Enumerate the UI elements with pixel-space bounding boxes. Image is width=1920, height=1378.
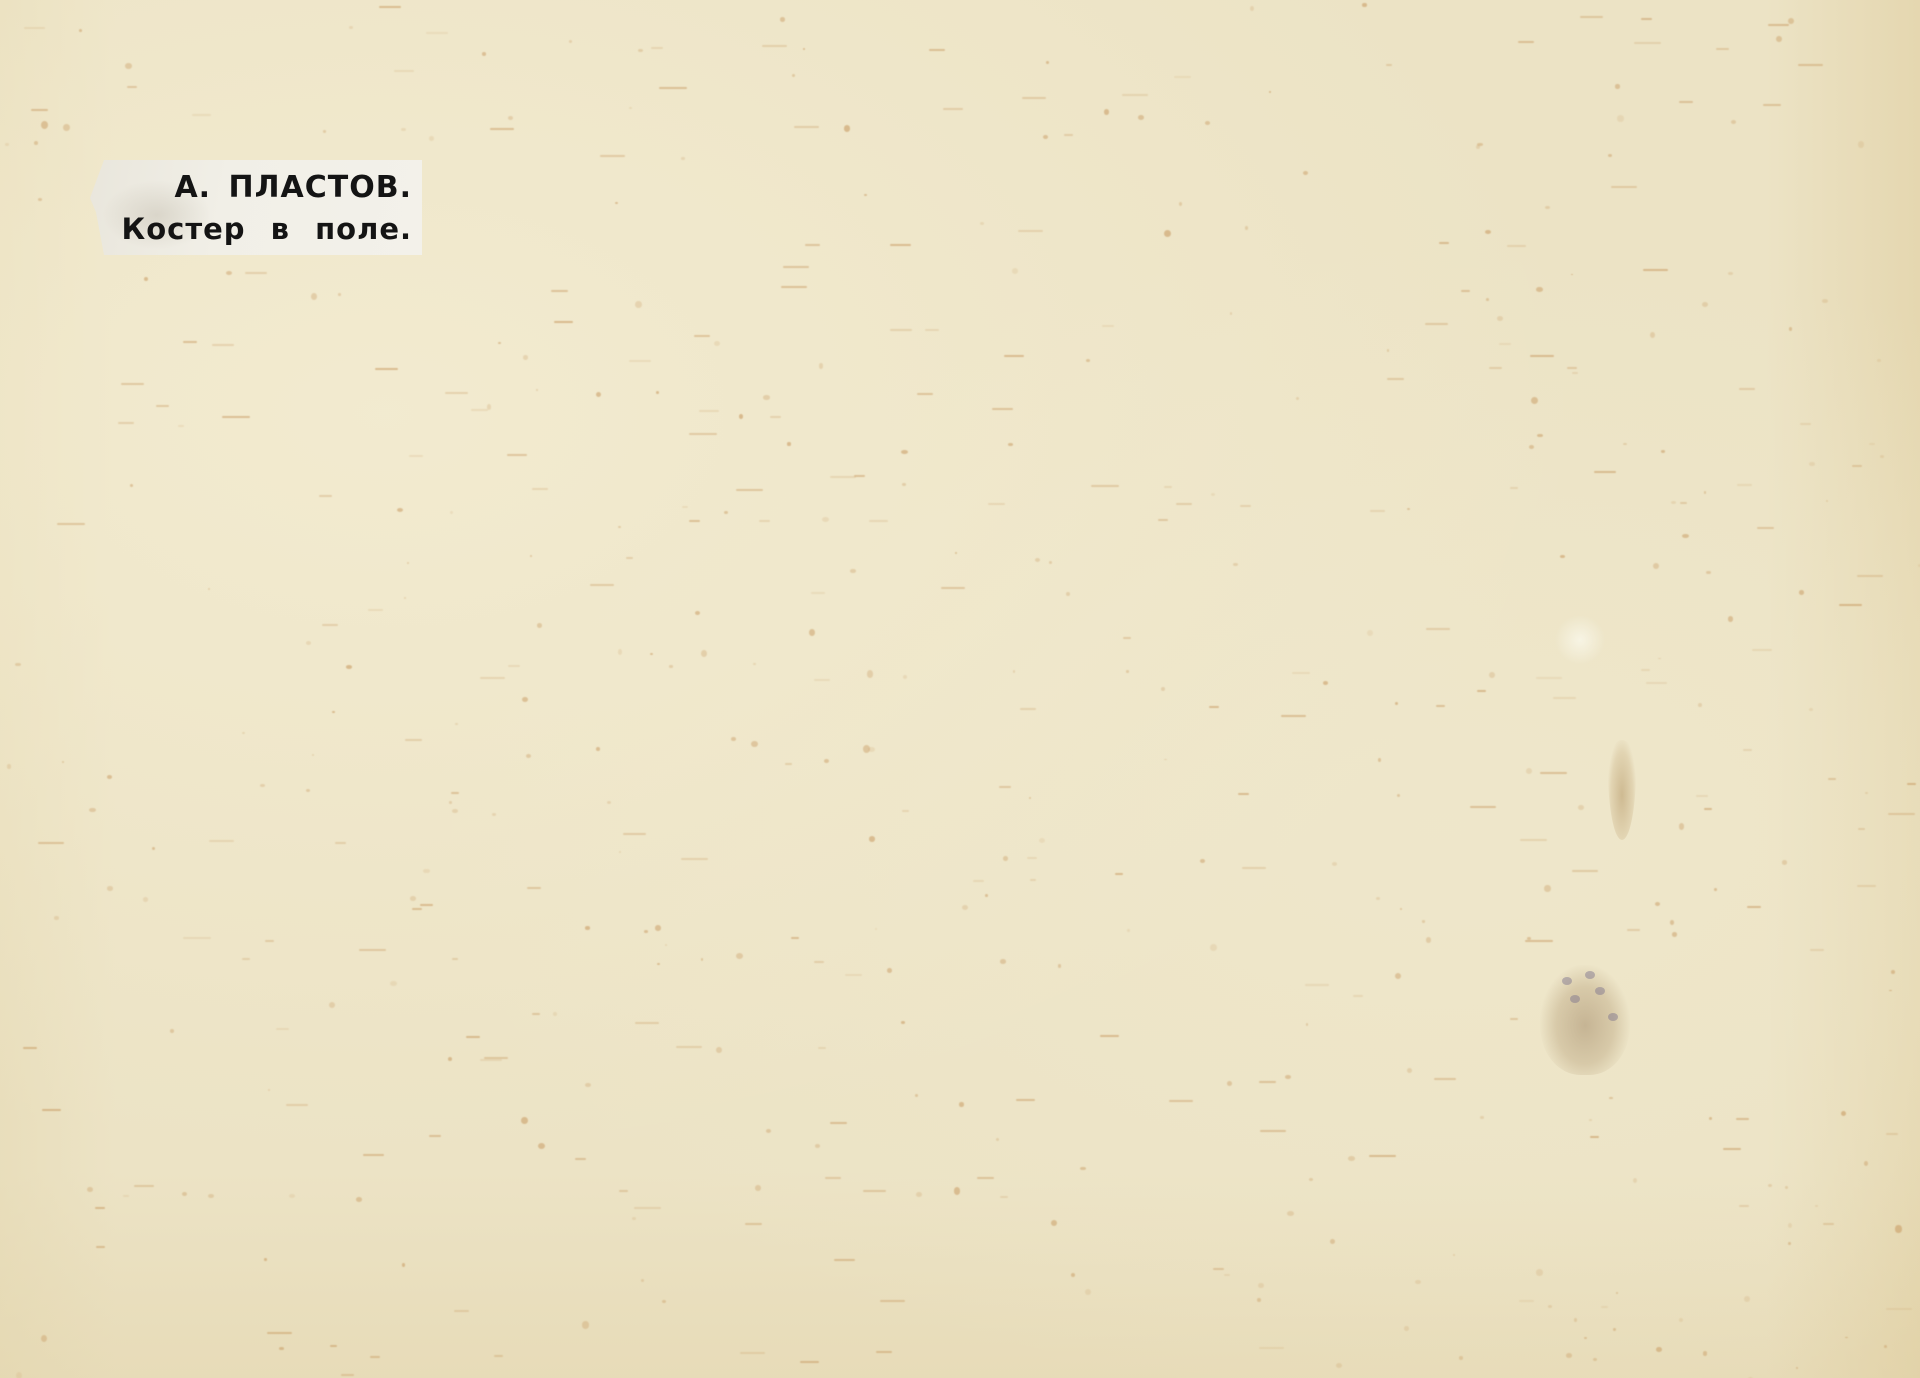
foxing-speck [1739,388,1756,390]
foxing-speck [1477,690,1486,692]
foxing-speck [182,1192,187,1196]
foxing-speck [682,506,688,508]
foxing-speck [1895,1225,1901,1232]
foxing-speck [1728,616,1733,622]
foxing-speck [183,341,197,343]
foxing-speck [1158,519,1168,521]
foxing-speck [1709,1117,1712,1120]
foxing-speck [1768,1184,1772,1187]
foxing-speck [787,442,790,445]
foxing-speck [341,1374,354,1376]
foxing-speck [452,809,457,813]
foxing-speck [1242,867,1266,869]
foxing-speck [42,1109,61,1111]
foxing-speck [429,136,435,141]
foxing-speck [338,293,341,295]
foxing-speck [1889,990,1891,992]
foxing-speck [739,414,743,418]
foxing-speck [1387,378,1404,380]
foxing-speck [1348,1156,1355,1160]
foxing-speck [1174,76,1191,78]
foxing-speck [650,653,653,655]
foxing-speck [429,1135,441,1137]
foxing-speck [1519,1300,1534,1302]
foxing-speck [1507,245,1526,247]
foxing-speck [130,484,133,487]
foxing-speck [375,368,398,370]
foxing-speck [753,663,756,666]
foxing-speck [635,301,641,308]
foxing-speck [1485,230,1490,234]
foxing-speck [482,52,486,55]
foxing-speck [916,1192,922,1197]
foxing-speck [1071,1273,1075,1277]
foxing-speck [1857,885,1876,887]
foxing-speck [394,70,414,72]
foxing-speck [1763,104,1782,106]
foxing-speck [1415,1280,1420,1284]
blot-stain [1540,965,1630,1075]
foxing-speck [1362,3,1367,8]
foxing-speck [1643,269,1668,271]
foxing-speck [1260,1130,1286,1132]
foxing-speck [1869,443,1876,445]
foxing-speck [1520,839,1547,841]
foxing-speck [1782,860,1788,864]
foxing-speck [1531,397,1538,404]
foxing-speck [1799,590,1804,595]
foxing-speck [811,592,825,594]
foxing-speck [379,6,401,8]
foxing-speck [694,335,709,337]
foxing-speck [619,1190,628,1192]
foxing-speck [286,1104,309,1106]
foxing-speck [1679,1318,1683,1322]
foxing-speck [330,1345,337,1347]
foxing-speck [1886,1308,1912,1310]
foxing-speck [1459,1356,1463,1359]
foxing-speck [1209,706,1219,708]
foxing-speck [487,404,492,410]
foxing-speck [1548,1305,1552,1308]
foxing-speck [1370,510,1385,512]
foxing-speck [1126,670,1129,672]
foxing-speck [38,842,64,844]
foxing-speck [368,609,383,611]
foxing-speck [980,222,984,225]
foxing-speck [695,611,700,615]
foxing-speck [329,1002,335,1008]
foxing-speck [901,1021,905,1024]
foxing-speck [1422,920,1426,922]
foxing-speck [451,792,459,794]
foxing-speck [1211,493,1215,496]
foxing-speck [1012,268,1018,274]
foxing-speck [1723,1148,1741,1150]
foxing-speck [1731,120,1736,124]
foxing-speck [554,321,574,323]
foxing-speck [1122,94,1148,96]
foxing-speck [1544,885,1550,892]
foxing-speck [1426,937,1431,943]
foxing-speck [1646,682,1667,684]
foxing-speck [356,1197,362,1202]
foxing-speck [536,389,538,390]
foxing-speck [390,981,397,986]
foxing-speck [996,1138,999,1141]
foxing-speck [1609,1097,1613,1100]
foxing-speck [1823,1223,1835,1225]
foxing-speck [1369,1155,1395,1157]
foxing-speck [1670,920,1674,925]
foxing-speck [523,355,528,360]
foxing-speck [57,523,84,525]
foxing-speck [121,383,144,385]
foxing-speck [1387,349,1390,352]
foxing-speck [1296,397,1299,400]
stain-speck [1570,995,1580,1003]
foxing-speck [346,665,351,668]
foxing-speck [1798,64,1824,66]
foxing-speck [629,107,632,110]
foxing-speck [484,1057,508,1059]
foxing-speck [1815,1205,1818,1207]
foxing-speck [1716,48,1729,50]
foxing-speck [471,409,489,411]
foxing-speck [1809,462,1814,466]
foxing-speck [402,1263,405,1267]
foxing-speck [596,392,601,397]
foxing-speck [1281,715,1306,717]
foxing-speck [1566,1353,1573,1358]
foxing-speck [405,739,422,741]
stain-speck [1562,977,1572,985]
label-title: Костер в поле. [122,212,412,246]
foxing-speck [701,650,708,658]
foxing-speck [1650,332,1655,338]
foxing-speck [222,416,250,418]
foxing-speck [1049,561,1052,564]
foxing-speck [466,1036,480,1038]
foxing-speck [1022,97,1047,99]
foxing-speck [809,629,815,636]
foxing-speck [63,124,70,131]
foxing-speck [1728,272,1732,275]
foxing-speck [54,916,59,919]
foxing-speck [1590,1136,1599,1138]
foxing-speck [409,455,423,457]
foxing-speck [1240,505,1251,507]
foxing-speck [1027,857,1037,859]
foxing-speck [618,649,623,655]
foxing-speck [1888,813,1915,815]
foxing-speck [736,489,763,491]
foxing-speck [762,45,787,47]
foxing-speck [370,1356,379,1358]
stain-speck [1608,1013,1618,1021]
foxing-speck [902,483,905,486]
foxing-speck [1051,1220,1057,1226]
foxing-speck [306,789,310,792]
foxing-speck [156,405,169,407]
foxing-speck [999,786,1010,788]
foxing-speck [1698,703,1702,707]
foxing-speck [644,930,648,933]
foxing-speck [1739,1205,1750,1207]
foxing-speck [815,1144,821,1148]
foxing-speck [623,833,646,835]
foxing-speck [96,1246,105,1248]
foxing-speck [1066,592,1070,597]
foxing-speck [426,32,448,34]
foxing-speck [1085,1289,1091,1295]
foxing-speck [635,1022,659,1024]
foxing-speck [349,26,352,29]
foxing-speck [1615,84,1619,88]
foxing-speck [323,130,326,132]
foxing-speck [1536,287,1542,292]
stain-speck [1595,987,1605,995]
foxing-speck [955,552,957,554]
foxing-speck [87,1187,93,1193]
foxing-speck [1580,16,1603,18]
foxing-speck [1259,1347,1285,1349]
foxing-speck [1499,343,1511,345]
foxing-speck [264,1258,267,1261]
foxing-speck [792,74,795,77]
foxing-speck [1584,1337,1587,1339]
foxing-speck [1102,325,1114,327]
foxing-speck [1395,973,1401,979]
foxing-speck [814,961,824,963]
foxing-speck [404,597,407,599]
foxing-speck [1572,870,1598,872]
foxing-speck [1672,932,1677,936]
foxing-speck [1470,806,1496,808]
foxing-speck [656,391,659,394]
foxing-speck [959,1102,963,1107]
foxing-speck [824,759,829,764]
foxing-speck [1634,42,1661,44]
foxing-speck [714,341,719,346]
foxing-speck [508,665,520,667]
foxing-speck [1907,783,1916,785]
foxing-speck [1404,1326,1409,1332]
foxing-speck [144,277,148,281]
foxing-speck [1269,91,1272,93]
foxing-speck [1510,487,1518,489]
foxing-speck [412,908,422,910]
foxing-speck [850,569,855,573]
foxing-speck [973,880,984,882]
foxing-speck [985,894,988,897]
foxing-speck [306,641,311,645]
foxing-speck [759,520,771,522]
foxing-speck [1200,859,1205,863]
foxing-speck [1641,669,1650,671]
foxing-speck [79,29,82,32]
foxing-speck [791,937,799,939]
foxing-speck [681,157,684,161]
foxing-speck [689,520,700,522]
foxing-speck [1553,697,1576,699]
foxing-speck [1043,135,1048,139]
foxing-speck [480,1059,503,1061]
foxing-speck [490,128,514,130]
foxing-speck [626,557,633,559]
foxing-speck [1567,367,1578,369]
foxing-speck [1104,109,1109,115]
foxing-speck [1679,823,1684,829]
foxing-speck [31,109,48,111]
foxing-speck [5,143,9,147]
foxing-speck [1164,230,1171,237]
foxing-speck [209,840,234,842]
foxing-speck [363,1154,384,1156]
foxing-speck [890,244,912,246]
pasted-label: А. ПЛАСТОВ. Костер в поле. [90,160,422,255]
foxing-speck [192,114,211,116]
foxing-speck [1800,423,1811,425]
foxing-speck [16,1372,22,1378]
foxing-speck [532,1013,539,1015]
foxing-speck [676,1046,701,1048]
foxing-speck [1788,1223,1792,1228]
foxing-speck [736,953,743,959]
foxing-speck [1161,687,1165,691]
foxing-speck [125,63,131,69]
foxing-speck [1865,792,1868,794]
light-spot [1555,615,1605,665]
foxing-speck [420,904,434,906]
foxing-speck [929,49,944,51]
foxing-speck [755,1185,761,1191]
foxing-speck [1176,503,1191,505]
foxing-speck [127,86,137,88]
foxing-speck [1046,61,1049,64]
foxing-speck [1489,367,1502,369]
foxing-speck [814,679,830,681]
foxing-speck [212,344,234,346]
foxing-speck [1127,929,1130,932]
foxing-speck [1486,298,1490,301]
foxing-speck [1497,316,1503,321]
foxing-speck [915,1094,918,1097]
foxing-speck [1858,141,1864,147]
foxing-speck [1018,230,1043,232]
foxing-speck [245,272,267,274]
foxing-speck [1530,355,1554,357]
foxing-speck [590,584,613,586]
foxing-speck [1227,1081,1232,1086]
foxing-speck [1601,1306,1608,1308]
foxing-speck [1004,355,1024,357]
foxing-speck [242,958,250,960]
foxing-speck [24,27,45,29]
foxing-speck [830,476,856,478]
foxing-speck [731,737,735,741]
foxing-speck [659,87,687,89]
foxing-speck [925,329,939,331]
foxing-speck [1858,828,1865,830]
foxing-speck [699,410,719,412]
foxing-speck [1407,508,1410,510]
foxing-speck [1661,450,1665,452]
foxing-speck [575,1158,586,1160]
foxing-speck [1611,186,1637,188]
foxing-speck [585,926,589,930]
foxing-speck [208,588,210,591]
foxing-speck [1810,949,1824,951]
foxing-speck [143,897,148,902]
foxing-speck [1696,795,1708,797]
foxing-speck [311,293,317,299]
foxing-speck [1169,1100,1193,1102]
foxing-speck [107,886,113,891]
foxing-speck [1545,206,1550,209]
foxing-speck [1594,471,1616,473]
foxing-speck [507,454,527,456]
foxing-speck [95,1207,105,1209]
foxing-speck [183,937,211,939]
foxing-speck [1434,1078,1456,1080]
foxing-speck [763,395,769,400]
foxing-speck [89,808,95,812]
foxing-speck [1852,465,1862,467]
foxing-speck [863,745,870,753]
foxing-speck [332,711,335,713]
foxing-speck [582,1321,588,1328]
foxing-speck [123,1195,129,1197]
foxing-speck [1679,101,1693,103]
foxing-speck [1656,1347,1661,1352]
foxing-speck [178,425,184,427]
foxing-speck [1058,964,1062,967]
foxing-speck [1617,115,1623,121]
foxing-speck [669,665,672,667]
label-author: А. ПЛАСТОВ. [174,170,412,205]
foxing-speck [289,1194,294,1198]
foxing-speck [657,963,660,965]
foxing-speck [634,1207,660,1209]
foxing-speck [1841,1111,1846,1116]
foxing-speck [890,329,911,331]
foxing-speck [1623,443,1626,445]
foxing-speck [62,761,64,763]
foxing-speck [1822,299,1828,303]
foxing-speck [448,1057,452,1061]
foxing-speck [665,944,667,946]
foxing-speck [1536,1269,1543,1275]
foxing-speck [794,126,819,128]
foxing-speck [800,1361,819,1363]
foxing-speck [335,842,345,844]
foxing-speck [770,416,782,418]
foxing-speck [522,697,528,702]
foxing-speck [988,503,1004,505]
foxing-speck [1489,672,1495,678]
foxing-speck [553,1012,557,1016]
foxing-speck [1510,1018,1517,1020]
foxing-speck [1123,637,1131,639]
foxing-speck [1886,1133,1898,1135]
foxing-speck [917,393,933,395]
foxing-speck [508,116,513,120]
foxing-speck [651,47,663,49]
foxing-speck [724,511,728,514]
foxing-speck [585,1083,590,1087]
foxing-speck [1828,778,1837,780]
